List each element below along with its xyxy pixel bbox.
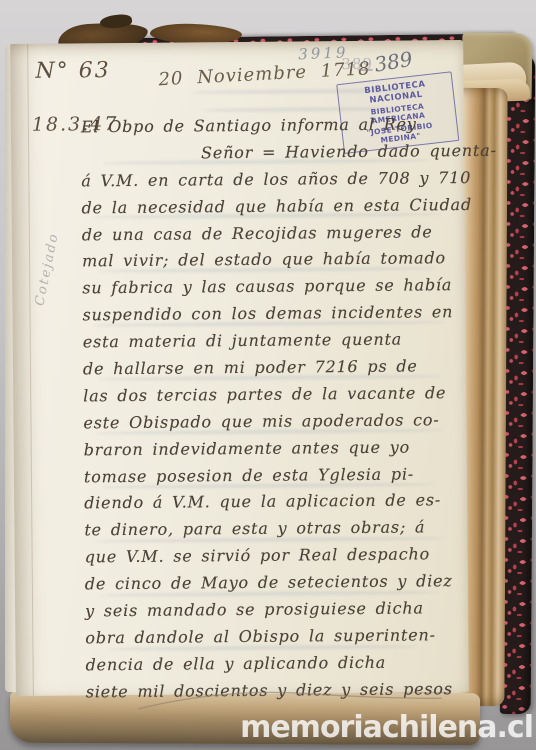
doc-number: N° 63	[35, 58, 110, 84]
manuscript-line: mal vivir; del estado que había tomado	[82, 248, 466, 278]
manuscript-line: braron indevidamente antes que yo	[84, 437, 468, 467]
manuscript-line: de hallarse en mi poder 7216 ps de	[83, 356, 467, 386]
manuscript-line: tomase posesion de esta Yglesia pi-	[84, 464, 468, 494]
manuscript-line: diendo á V.M. que la aplicacion de es-	[84, 490, 468, 520]
binding-gutter	[27, 44, 34, 696]
manuscript-line: las dos tercias partes de la vacante de	[83, 383, 467, 413]
manuscript-line: te dinero, para esta y otras obras; á	[84, 517, 468, 547]
book-photo: { "annotations": { "pencil_number_top": …	[0, 0, 536, 750]
manuscript-line: suspendido con los demas incidentes en	[82, 302, 466, 332]
manuscript-line: obra dandole al Obispo la superinten-	[85, 625, 469, 655]
vertical-margin-note: Cotejado	[27, 204, 68, 334]
pencil-number-389-handwritten: 389	[372, 47, 414, 77]
manuscript-line: de cinco de Mayo de setecientos y diez	[85, 571, 469, 601]
manuscript-line: este Obispado que mis apoderados co-	[83, 410, 467, 440]
watermark: memoriachilena.cl	[240, 710, 533, 745]
manuscript-line: de una casa de Recojidas mugeres de	[82, 222, 466, 252]
manuscript-page: 3919 389389 N° 63 20 Noviembre 1718 BIBL…	[10, 40, 469, 696]
manuscript-line: á V.M. en carta de los años de 708 y 710	[81, 168, 465, 198]
manuscript-line: esta materia di juntamente quenta	[83, 329, 467, 359]
pencil-dash	[358, 69, 372, 71]
manuscript-line: de la necesidad que había en esta Ciudad	[82, 195, 466, 225]
manuscript-line: su fabrica y las causas porque se había	[82, 275, 466, 305]
manuscript-line: El Obpo de Santiago informa al Rey	[81, 114, 465, 144]
manuscript-line: y seis mandado se prosiguiese dicha	[85, 598, 469, 628]
manuscript-line: dencia de ella y aplicando dicha	[86, 652, 470, 682]
manuscript-text: El Obpo de Santiago informa al ReySeñor …	[81, 114, 470, 709]
manuscript-line: Señor = Haviendo dado quenta-	[81, 141, 465, 171]
manuscript-line: que V.M. se sirvió por Real despacho	[85, 544, 469, 574]
